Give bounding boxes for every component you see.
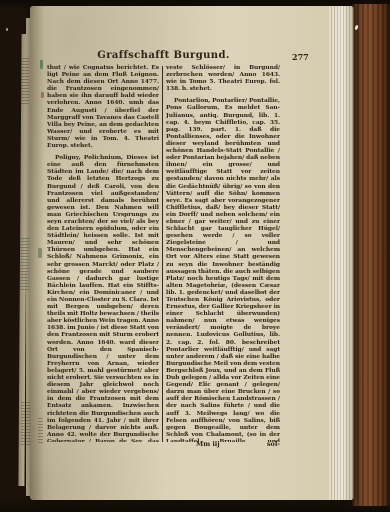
signature-line: Mm iij sol- <box>166 440 280 448</box>
paragraph: Pontarlion, Pontarlier/ Pontallie, Pons … <box>166 97 280 442</box>
running-header: Graffschafft Burgund. <box>47 50 280 61</box>
right-column: veste Schlösser/ in Burgund/ zerbrochen … <box>166 64 280 442</box>
edge-paint-fleck <box>38 248 42 258</box>
text-columns: thut / wie Cognatus berichtet. Es ligt P… <box>47 64 280 442</box>
page-number: 277 <box>292 52 309 62</box>
book-cover-edge <box>352 4 390 506</box>
edge-paint-fleck <box>41 92 44 98</box>
book-scan: Graffschafft Burgund. 277 thut / wie Cog… <box>0 0 390 512</box>
paragraph: thut / wie Cognatus berichtet. Es ligt P… <box>47 64 159 149</box>
edge-paint-fleck <box>38 418 43 444</box>
paragraph: Poligny, Polichnium, Dieses ist eine auß… <box>47 154 159 442</box>
margin-smudge <box>20 238 29 290</box>
catchword: sol- <box>267 440 280 448</box>
left-column: thut / wie Cognatus berichtet. Es ligt P… <box>47 64 159 442</box>
paragraph: veste Schlösser/ in Burgund/ zerbrochen … <box>166 64 280 92</box>
signature-mark: Mm iij <box>196 440 220 448</box>
column-divider <box>162 66 163 442</box>
margin-smudge <box>21 402 30 446</box>
margin-smudge <box>21 58 29 104</box>
paper-speck <box>6 28 8 31</box>
book-page: Graffschafft Burgund. 277 thut / wie Cog… <box>30 6 354 500</box>
edge-paint-fleck <box>40 60 43 69</box>
page-edge-stack <box>329 6 354 500</box>
